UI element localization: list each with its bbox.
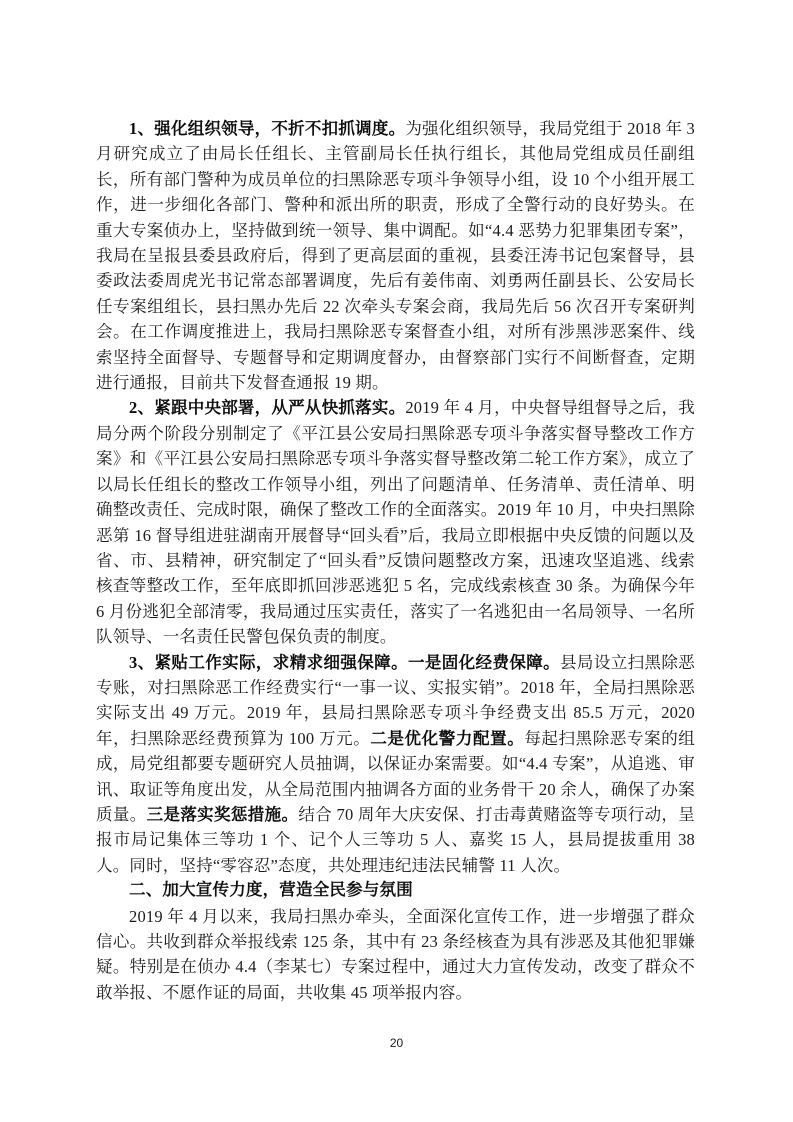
section-heading-2-text: 二、加大宣传力度，营造全民参与氛围 — [129, 881, 413, 899]
section-heading-2: 二、加大宣传力度，营造全民参与氛围 — [96, 878, 695, 903]
paragraph-1-lead: 1、强化组织领导，不折不扣抓调度。 — [129, 119, 405, 138]
paragraph-3-sub-lead-3: 三是落实奖惩措施。 — [147, 805, 299, 824]
paragraph-4-text: 2019 年 4 月以来，我局扫黑办牵头，全面深化宣传工作，进一步增强了群众信心… — [96, 907, 695, 1002]
paragraph-1: 1、强化组织领导，不折不扣抓调度。为强化组织领导，我局党组于 2018 年 3 … — [96, 116, 695, 395]
document-page: 1、强化组织领导，不折不扣抓调度。为强化组织领导，我局党组于 2018 年 3 … — [0, 0, 793, 1122]
paragraph-3: 3、紧贴工作实际，求精求细强保障。一是固化经费保障。县局设立扫黑除恶专账，对扫黑… — [96, 650, 695, 879]
document-body: 1、强化组织领导，不折不扣抓调度。为强化组织领导，我局党组于 2018 年 3 … — [96, 116, 695, 1005]
paragraph-2-lead: 2、紧跟中央部署，从严从快抓落实。 — [129, 398, 405, 417]
paragraph-1-text: 为强化组织领导，我局党组于 2018 年 3 月研究成立了由局长任组长、主管副局… — [96, 119, 695, 392]
paragraph-3-sub-lead-2: 二是优化警力配置。 — [370, 729, 524, 748]
paragraph-4: 2019 年 4 月以来，我局扫黑办牵头，全面深化宣传工作，进一步增强了群众信心… — [96, 904, 695, 1006]
page-number: 20 — [0, 1036, 793, 1050]
paragraph-2: 2、紧跟中央部署，从严从快抓落实。2019 年 4 月，中央督导组督导之后，我局… — [96, 395, 695, 649]
paragraph-2-text: 2019 年 4 月，中央督导组督导之后，我局分两个阶段分别制定了《平江县公安局… — [96, 398, 695, 646]
paragraph-3-lead: 3、紧贴工作实际，求精求细强保障。一是固化经费保障。 — [129, 653, 560, 672]
